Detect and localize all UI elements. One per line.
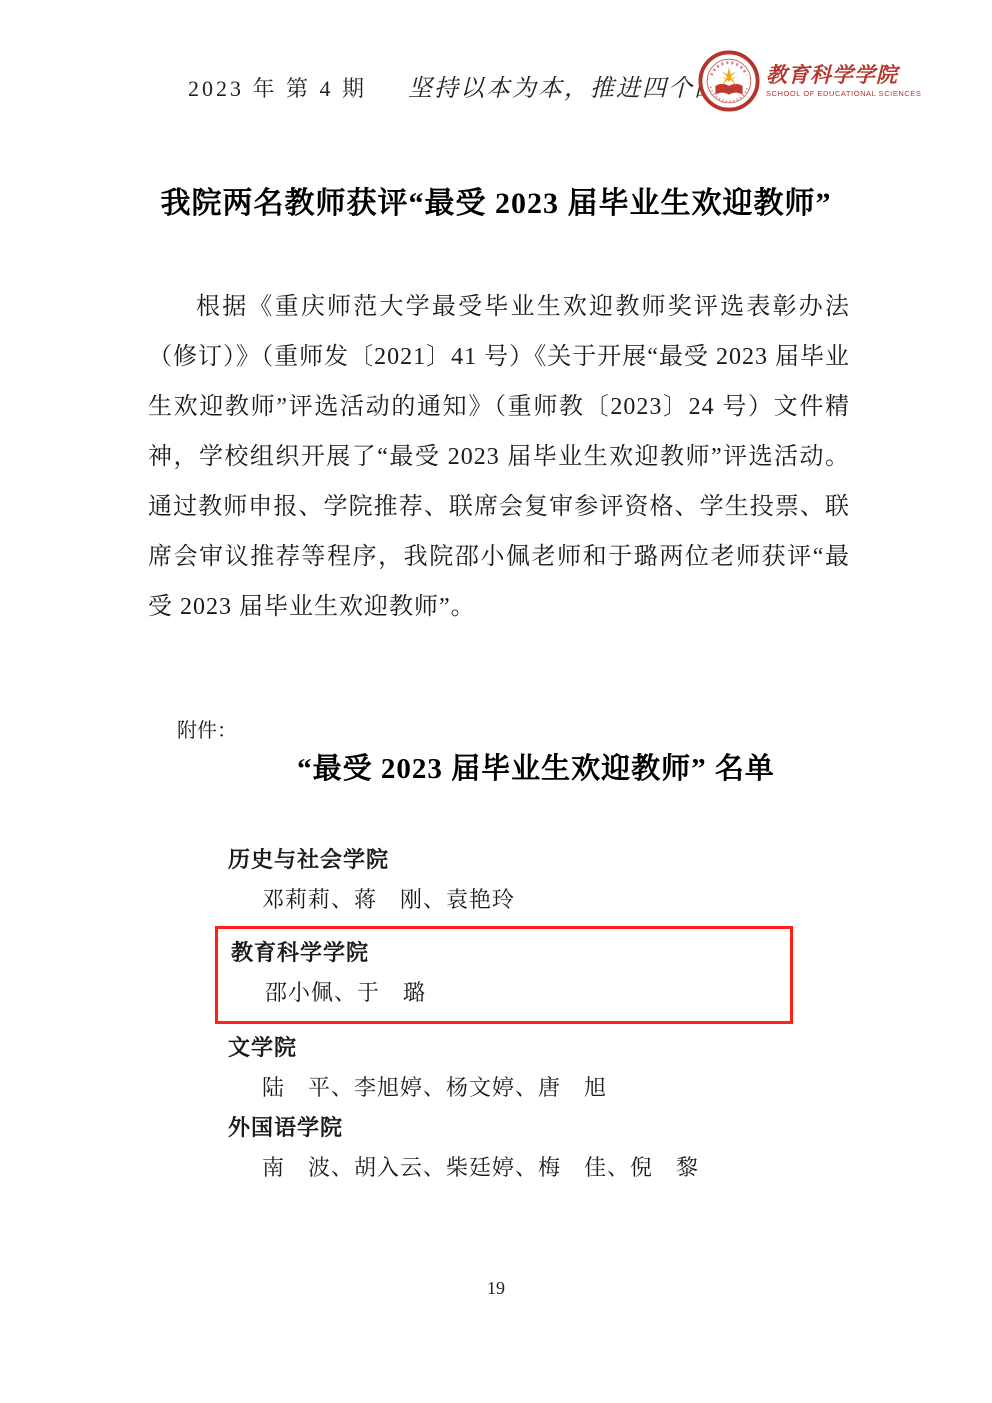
logo-seal-icon	[698, 50, 760, 112]
list-section: 教育科学学院 邵小佩、于 璐	[218, 933, 790, 1013]
highlight-box: 教育科学学院 邵小佩、于 璐	[215, 926, 793, 1024]
teacher-names: 邓莉莉、蒋 刚、袁艳玲	[215, 880, 793, 920]
teacher-names: 南 波、胡入云、柴廷婷、梅 佳、倪 黎	[215, 1148, 793, 1188]
article-body: 根据《重庆师范大学最受毕业生欢迎教师奖评选表彰办法（修订）》（重师发〔2021〕…	[148, 282, 850, 632]
list-section: 外国语学院 南 波、胡入云、柴廷婷、梅 佳、倪 黎	[215, 1108, 793, 1188]
article-title: 我院两名教师获评“最受 2023 届毕业生欢迎教师”	[0, 178, 992, 222]
teacher-names: 陆 平、李旭婷、杨文婷、唐 旭	[215, 1068, 793, 1108]
list-section: 文学院 陆 平、李旭婷、杨文婷、唐 旭	[215, 1028, 793, 1108]
school-logo: 教育科学学院 SCHOOL OF EDUCATIONAL SCIENCES	[698, 48, 883, 114]
teacher-list: 历史与社会学院 邓莉莉、蒋 刚、袁艳玲 教育科学学院 邵小佩、于 璐 文学院 陆…	[215, 840, 793, 1188]
college-name: 历史与社会学院	[215, 840, 793, 880]
page-number: 19	[0, 1278, 992, 1299]
college-name: 文学院	[215, 1028, 793, 1068]
college-name: 外国语学院	[215, 1108, 793, 1148]
college-name: 教育科学学院	[218, 933, 790, 973]
logo-name-cn: 教育科学学院	[766, 65, 921, 86]
logo-name-en: SCHOOL OF EDUCATIONAL SCIENCES	[766, 90, 921, 98]
attachment-title: “最受 2023 届毕业生欢迎教师” 名单	[40, 746, 992, 787]
list-section: 历史与社会学院 邓莉莉、蒋 刚、袁艳玲	[215, 840, 793, 920]
attachment-label: 附件：	[177, 714, 237, 743]
header-slogan: 坚持以本为本，推进四个回归	[408, 68, 746, 103]
document-page: 2023 年 第 4 期 坚持以本为本，推进四个回归	[0, 0, 992, 1403]
teacher-names: 邵小佩、于 璐	[218, 973, 790, 1013]
issue-label: 2023 年 第 4 期	[188, 72, 367, 103]
logo-words: 教育科学学院 SCHOOL OF EDUCATIONAL SCIENCES	[766, 65, 921, 98]
